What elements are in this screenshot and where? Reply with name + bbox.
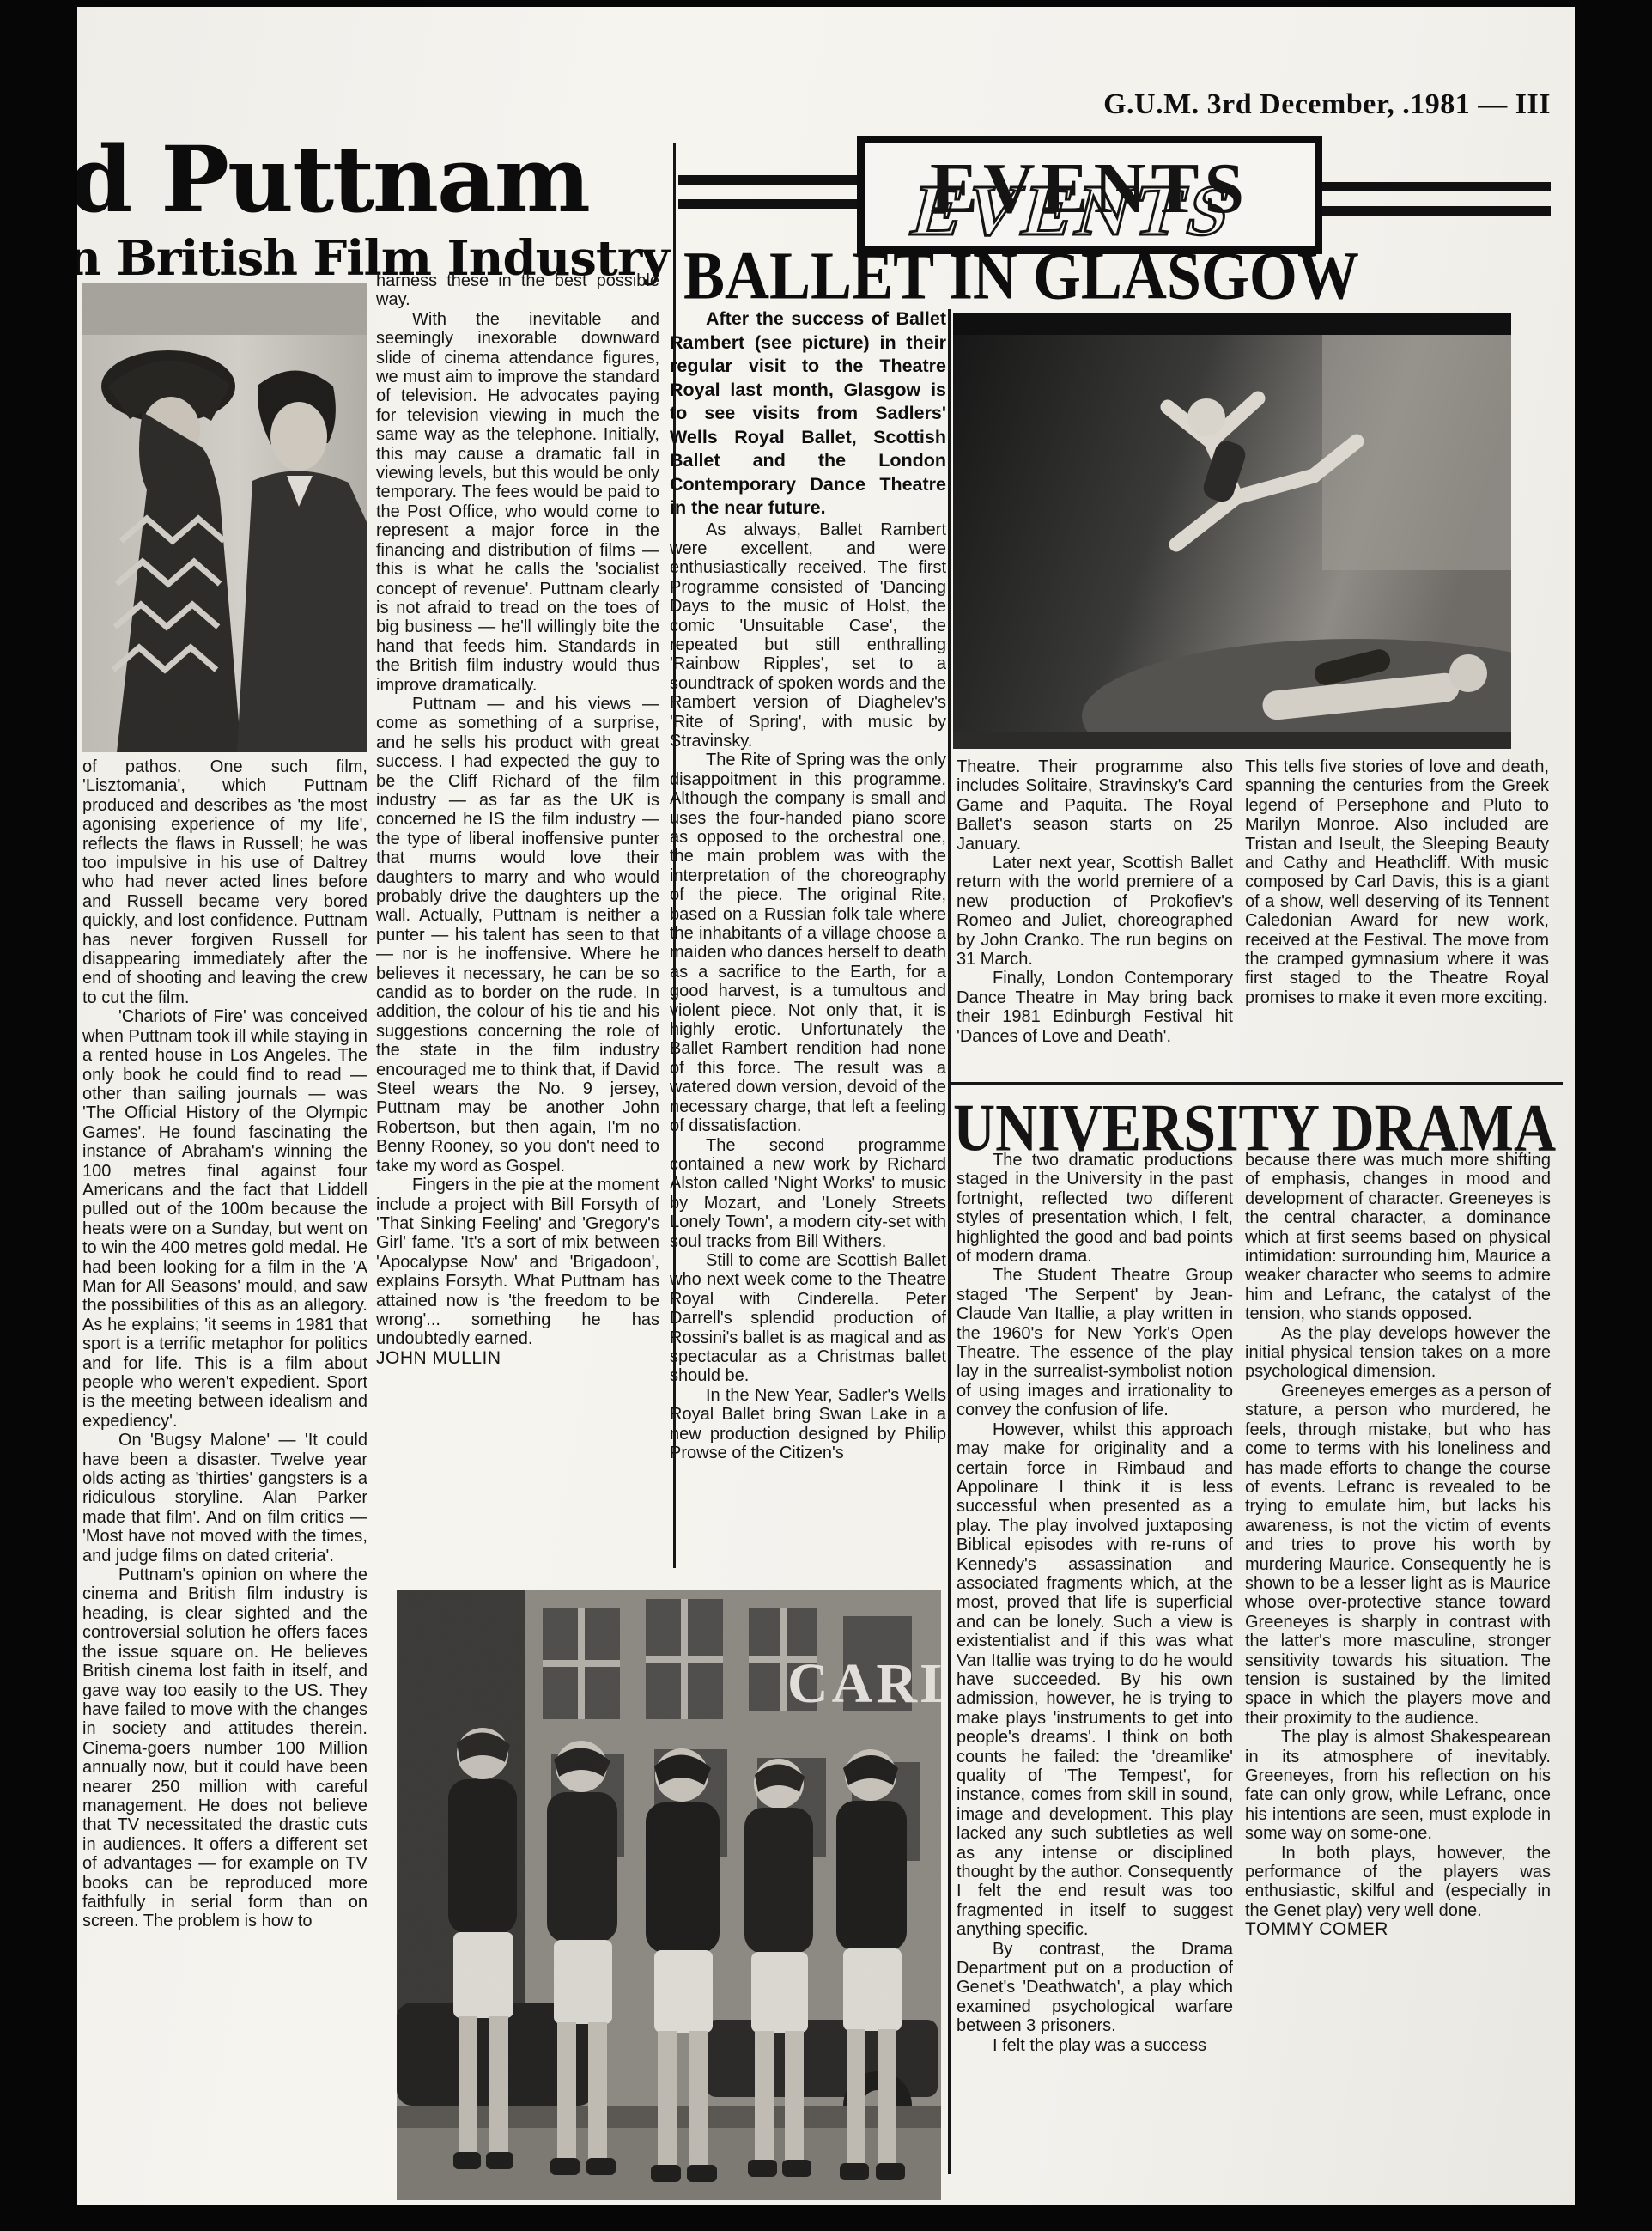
paragraph: Greeneyes emerges as a person of stature…: [1245, 1382, 1551, 1728]
events-rule-left-bottom: [678, 199, 857, 209]
paragraph: The second programme contained a new wor…: [670, 1136, 946, 1251]
ballet-intro: After the success of Ballet Rambert (see…: [670, 307, 946, 520]
paragraph: The two dramatic productions staged in t…: [957, 1151, 1233, 1266]
paragraph: As always, Ballet Rambert were excellent…: [670, 520, 946, 751]
film-article-column-1: of pathos. One such film, 'Lisztomania',…: [82, 757, 367, 2195]
events-banner: EVENTS EVENTS: [857, 136, 1322, 254]
carlton-photo: CARLTO: [397, 1590, 941, 2200]
events-banner-text: EVENTS: [865, 147, 1315, 230]
paragraph: However, whilst this approach may make f…: [957, 1420, 1233, 1940]
ballet-column-1-text: As always, Ballet Rambert were excellent…: [670, 520, 946, 1463]
drama-column-1: The two dramatic productions staged in t…: [957, 1151, 1233, 2181]
ballet-column-3: This tells five stories of love and deat…: [1245, 757, 1549, 1084]
paragraph: I felt the play was a success: [957, 2036, 1233, 2055]
drama-byline: TOMMY COMER: [1245, 1920, 1551, 1939]
events-rule-right-bottom: [1307, 206, 1551, 216]
drama-column-2-text: because there was much more shifting of …: [1245, 1151, 1551, 1920]
events-rule-left-top: [678, 175, 857, 185]
paragraph: Puttnam — and his views — come as someth…: [376, 695, 659, 1176]
drama-column-2: because there was much more shifting of …: [1245, 1151, 1551, 2155]
paragraph: Puttnam's opinion on where the cinema an…: [82, 1565, 367, 1931]
film-article-column-2: harness these in the best possible way.W…: [376, 271, 659, 1568]
paragraph: Later next year, Scottish Ballet return …: [957, 854, 1233, 969]
paragraph: With the inevitable and seemingly inexor…: [376, 310, 659, 695]
paragraph: On 'Bugsy Malone' — 'It could have been …: [82, 1431, 367, 1565]
film-article-column-2-text: harness these in the best possible way.W…: [376, 271, 659, 1349]
paragraph: Still to come are Scottish Ballet who ne…: [670, 1251, 946, 1386]
events-rule-right-top: [1307, 182, 1551, 191]
paragraph: Theatre. Their programme also includes S…: [957, 757, 1233, 854]
ballet-photo: [953, 313, 1511, 749]
paragraph: In both plays, however, the performance …: [1245, 1844, 1551, 1921]
paragraph: The play is almost Shakespearean in its …: [1245, 1728, 1551, 1843]
paragraph: The Rite of Spring was the only disappoi…: [670, 751, 946, 1135]
column-divider-right: [948, 309, 951, 2174]
paragraph: Finally, London Contemporary Dance Theat…: [957, 969, 1233, 1046]
paragraph: 'Chariots of Fire' was conceived when Pu…: [82, 1007, 367, 1431]
ballet-column-1: After the success of Ballet Rambert (see…: [670, 307, 946, 1570]
paragraph: This tells five stories of love and deat…: [1245, 757, 1549, 1007]
paragraph: because there was much more shifting of …: [1245, 1151, 1551, 1324]
paragraph: In the New Year, Sadler's Wells Royal Ba…: [670, 1386, 946, 1463]
paragraph: The Student Theatre Group staged 'The Se…: [957, 1266, 1233, 1419]
film-article-headline: id Puttnam: [77, 134, 589, 225]
film-article-byline: JOHN MULLIN: [376, 1349, 659, 1368]
paragraph: By contrast, the Drama Department put on…: [957, 1940, 1233, 2036]
newspaper-page: G.U.M. 3rd December, .1981 — III id Putt…: [77, 7, 1575, 2205]
ballet-column-2: Theatre. Their programme also includes S…: [957, 757, 1233, 1084]
paragraph: of pathos. One such film, 'Lisztomania',…: [82, 757, 367, 1007]
masthead-date: G.U.M. 3rd December, .1981 — III: [1103, 88, 1551, 121]
paragraph: harness these in the best possible way.: [376, 271, 659, 310]
paragraph: As the play develops however the initial…: [1245, 1324, 1551, 1382]
puttnam-photo: [82, 283, 367, 752]
paragraph: Fingers in the pie at the moment include…: [376, 1176, 659, 1349]
